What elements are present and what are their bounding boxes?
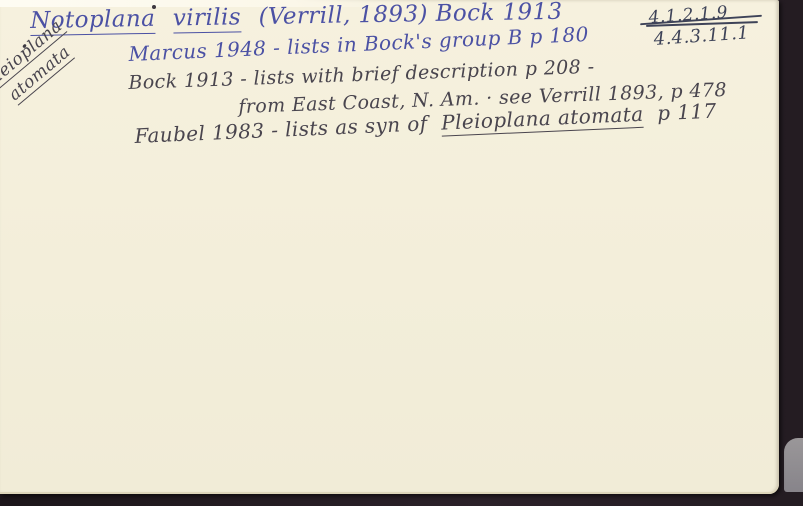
faubel-text: Faubel 1983 - lists as syn of (134, 111, 428, 148)
index-card: Notoplana virilis (Verrill, 1893) Bock 1… (0, 0, 779, 494)
photo-background: Notoplana virilis (Verrill, 1893) Bock 1… (0, 0, 803, 506)
card-behind-corner (784, 438, 803, 492)
faubel-page-ref: p 117 (657, 99, 717, 126)
ink-speck (152, 5, 156, 9)
species-name: virilis (173, 4, 241, 33)
